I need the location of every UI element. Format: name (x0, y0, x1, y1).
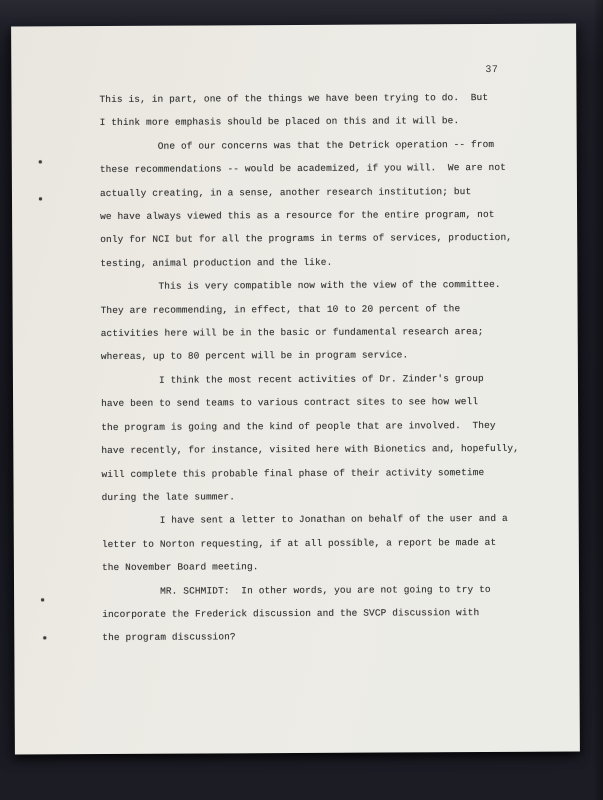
page-number: 37 (485, 65, 498, 76)
typed-line: incorporate the Frederick discussion and… (102, 601, 562, 627)
typed-line: They are recommending, in effect, that 1… (101, 296, 561, 322)
typed-line: MR. SCHMIDT: In other words, you are not… (102, 577, 562, 603)
typed-text-block: This is, in part, one of the things we h… (99, 86, 562, 650)
ink-speck (43, 636, 46, 639)
typed-line: This is very compatible now with the vie… (100, 273, 560, 299)
typed-line: letter to Norton requesting, if at all p… (102, 530, 562, 556)
typed-line: the program discussion? (102, 624, 562, 650)
typed-line: the program is going and the kind of peo… (101, 413, 561, 439)
typed-line: have been to send teams to various contr… (101, 390, 561, 416)
typed-line: only for NCI but for all the programs in… (100, 226, 560, 252)
typed-line: I think the most recent activities of Dr… (101, 366, 561, 392)
typed-line: activities here will be in the basic or … (101, 320, 561, 346)
ink-speck (39, 160, 42, 163)
typed-line: testing, animal production and the like. (100, 249, 560, 275)
typed-line: I have sent a letter to Jonathan on beha… (102, 507, 562, 533)
ink-speck (39, 197, 42, 200)
typed-line: will complete this probable final phase … (101, 460, 561, 486)
typed-line: during the late summer. (102, 484, 562, 510)
typed-line: we have always viewed this as a resource… (100, 203, 560, 229)
typed-line: the November Board meeting. (102, 554, 562, 580)
typed-line: actually creating, in a sense, another r… (100, 179, 560, 205)
backdrop-right-seam (593, 0, 603, 800)
typed-line: One of our concerns was that the Detrick… (100, 132, 560, 158)
typed-line: I think more emphasis should be placed o… (100, 109, 560, 135)
typed-line: these recommendations -- would be academ… (100, 156, 560, 182)
typed-line: have recently, for instance, visited her… (101, 437, 561, 463)
ink-speck (41, 598, 44, 601)
typed-line: This is, in part, one of the things we h… (99, 86, 559, 112)
typed-line: whereas, up to 80 percent will be in pro… (101, 343, 561, 369)
document-page: 37 This is, in part, one of the things w… (11, 24, 580, 755)
